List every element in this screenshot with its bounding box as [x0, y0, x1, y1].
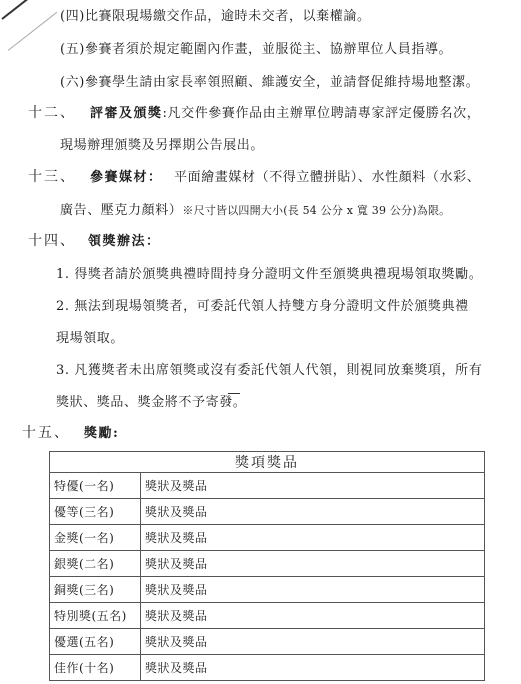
section-12-line1: 評審及頒獎:凡交件參賽作品由主辦單位聘請專家評定優勝名次， — [90, 106, 480, 122]
award-prize: 獎狀及獎品 — [141, 551, 485, 577]
section-12-text: :凡交件參賽作品由主辦單位聘請專家評定優勝名次， — [163, 106, 481, 121]
award-prize: 獎狀及獎品 — [141, 655, 485, 681]
section-13-line2a: 廣告、壓克力顏料） — [60, 203, 182, 218]
awards-table: 獎項獎品 特優(一名) 獎狀及獎品 優等(三名) 獎狀及獎品 金獎(一名) 獎狀… — [49, 451, 485, 681]
table-row: 優等(三名) 獎狀及獎品 — [50, 499, 485, 525]
rule-1: 1. 得獎者請於頒獎典禮時間持身分證明文件至頒獎典禮現場領取獎勵。 — [56, 267, 482, 283]
rule-3-cont: 獎狀、獎品、獎金將不予寄發。 — [56, 395, 246, 411]
table-row: 佳作(十名) 獎狀及獎品 — [50, 655, 485, 681]
rule-2: 2. 無法到現場領獎者，可委託代領人持雙方身分證明文件於頒獎典禮 — [56, 299, 469, 315]
section-12-heading: 評審及頒獎 — [90, 106, 163, 121]
section-13-line1: 平面繪畫媒材（不得立體拼貼）、水性顏料（水彩、 — [174, 170, 480, 186]
item-4: (四)比賽限現場繳交作品，逾時未交者，以棄權論。 — [60, 9, 371, 25]
award-name: 優選(五名) — [50, 629, 141, 655]
award-name: 特別獎(五名) — [50, 603, 141, 629]
section-14-heading: 領獎辦法： — [88, 234, 161, 250]
award-prize: 獎狀及獎品 — [141, 629, 485, 655]
award-prize: 獎狀及獎品 — [141, 499, 485, 525]
award-prize: 獎狀及獎品 — [141, 577, 485, 603]
award-name: 銅獎(三名) — [50, 577, 141, 603]
section-13-number: 十三、 — [28, 169, 76, 185]
section-12-number: 十二、 — [28, 105, 76, 121]
scan-artifact-line-faint — [8, 12, 57, 51]
item-4-text: 比賽限現場繳交作品，逾時未交者，以棄權論。 — [85, 9, 371, 24]
section-14-number: 十四、 — [28, 233, 76, 249]
item-5-text: 參賽者須於規定範圍內作畫，並服從主、協辦單位人員指導。 — [85, 42, 452, 57]
award-name: 佳作(十名) — [50, 655, 141, 681]
item-5-label: (五) — [60, 42, 85, 57]
table-row: 特優(一名) 獎狀及獎品 — [50, 473, 485, 499]
table-row: 銅獎(三名) 獎狀及獎品 — [50, 577, 485, 603]
table-row: 優選(五名) 獎狀及獎品 — [50, 629, 485, 655]
rule-3: 3. 凡獲獎者未出席領獎或沒有委託代領人代領，則視同放棄獎項，所有 — [56, 363, 482, 379]
award-prize: 獎狀及獎品 — [141, 525, 485, 551]
item-5: (五)參賽者須於規定範圍內作畫，並服從主、協辦單位人員指導。 — [60, 42, 452, 58]
table-row: 銀獎(二名) 獎狀及獎品 — [50, 551, 485, 577]
section-13-heading: 參賽媒材： — [90, 170, 163, 186]
section-15-heading: 獎勵: — [84, 426, 119, 442]
item-6-text: 參賽學生請由家長率領照顧、維護安全，並請督促維持場地整潔。 — [85, 75, 479, 90]
award-prize: 獎狀及獎品 — [141, 473, 485, 499]
section-15-number: 十五、 — [22, 425, 70, 441]
award-name: 金獎(一名) — [50, 525, 141, 551]
section-13-line2: 廣告、壓克力顏料）※尺寸皆以四開大小(長 54 公分 x 寬 39 公分)為限。 — [60, 203, 450, 219]
awards-table-header: 獎項獎品 — [50, 452, 485, 473]
section-12-line2: 現場辦理頒獎及另擇期公告展出。 — [60, 138, 264, 154]
table-row: 特別獎(五名) 獎狀及獎品 — [50, 603, 485, 629]
award-name: 特優(一名) — [50, 473, 141, 499]
item-6: (六)參賽學生請由家長率領照顧、維護安全，並請督促維持場地整潔。 — [60, 75, 479, 91]
item-4-label: (四) — [60, 9, 85, 24]
table-row: 金獎(一名) 獎狀及獎品 — [50, 525, 485, 551]
award-prize: 獎狀及獎品 — [141, 603, 485, 629]
section-13-size-note: ※尺寸皆以四開大小(長 54 公分 x 寬 39 公分)為限。 — [182, 204, 450, 217]
award-name: 銀獎(二名) — [50, 551, 141, 577]
rule-2-cont: 現場領取。 — [56, 331, 124, 347]
scan-artifact-line — [1, 0, 51, 20]
item-6-label: (六) — [60, 75, 85, 90]
awards-table-header-row: 獎項獎品 — [50, 452, 485, 473]
scan-artifact-dash — [228, 393, 240, 394]
award-name: 優等(三名) — [50, 499, 141, 525]
